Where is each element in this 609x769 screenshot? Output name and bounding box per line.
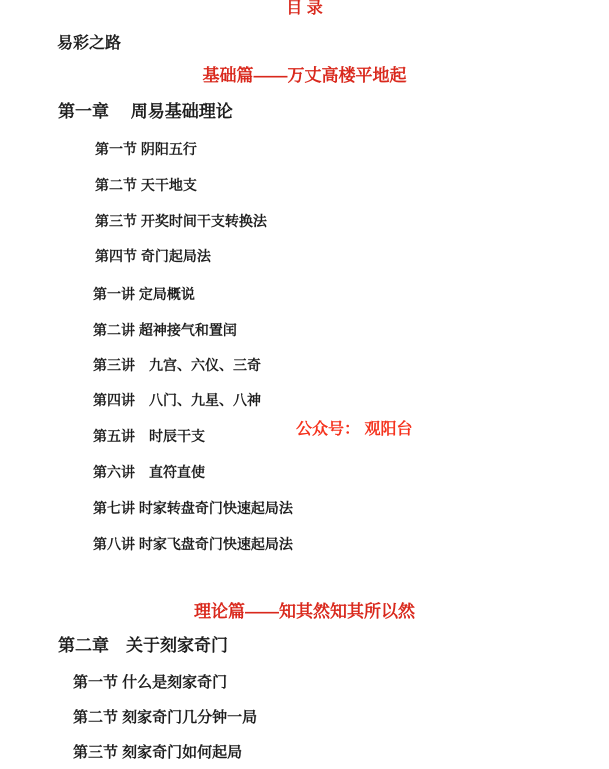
part2-heading: 理论篇——知其然知其所以然 [0,602,609,622]
ch2-section-3: 第三节 刻家奇门如何起局 [73,744,242,762]
ch1-section-3: 第三节 开奖时间干支转换法 [95,213,267,230]
book-title: 易彩之路 [57,34,121,53]
ch1-lecture-3: 第三讲 九宫、六仪、三奇 [93,357,261,374]
doc-title: 目 录 [0,0,609,18]
chapter1-title: 第一章 周易基础理论 [58,102,233,122]
part1-heading: 基础篇——万丈高楼平地起 [0,66,609,86]
ch1-lecture-2: 第二讲 超神接气和置闰 [93,322,237,339]
ch1-lecture-1: 第一讲 定局概说 [93,286,195,303]
ch2-section-1: 第一节 什么是刻家奇门 [73,674,227,692]
ch1-lecture-4: 第四讲 八门、九星、八神 [93,392,261,409]
document-page: 目 录 易彩之路 基础篇——万丈高楼平地起 第一章 周易基础理论 第一节 阴阳五… [0,0,609,769]
ch2-section-2: 第二节 刻家奇门几分钟一局 [73,709,257,727]
ch1-lecture-8: 第八讲 时家飞盘奇门快速起局法 [93,536,293,553]
ch1-lecture-6: 第六讲 直符直使 [93,464,205,481]
ch1-section-1: 第一节 阴阳五行 [95,141,197,158]
ch1-lecture-5: 第五讲 时辰干支 [93,428,205,445]
watermark-public-account: 公众号： 观阳台 [296,420,412,439]
chapter2-title: 第二章 关于刻家奇门 [58,636,228,656]
ch1-lecture-7: 第七讲 时家转盘奇门快速起局法 [93,500,293,517]
ch1-section-2: 第二节 天干地支 [95,177,197,194]
ch1-section-4: 第四节 奇门起局法 [95,248,211,265]
